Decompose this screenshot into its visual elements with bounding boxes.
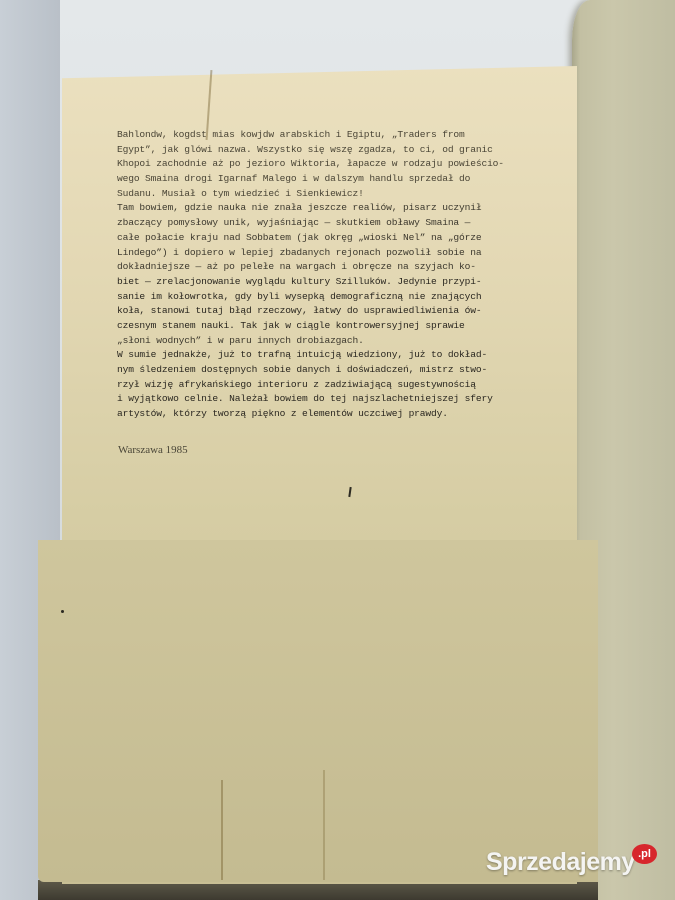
text-line: „słoni wodnych” i w paru innych drobiazg… (117, 334, 559, 349)
place-date-signature: Warszawa 1985 (118, 444, 188, 456)
text-line: artystów, którzy tworzą piękno z element… (117, 407, 559, 422)
text-line: koła, stanowi tutaj błąd rzeczowy, łatwy… (117, 304, 559, 319)
text-line: biet — zrelacjonowanie wyglądu kultury S… (117, 275, 559, 290)
page-body-text: Bahlondw, kogdst mias kowjdw arabskich i… (117, 128, 559, 422)
text-line: W sumie jednakże, już to trafną intuicją… (117, 348, 559, 363)
text-line: rzył wizję afrykańskiego interioru z zad… (117, 378, 559, 393)
text-line: Khopoi zachodnie aż po jezioro Wiktoria,… (117, 157, 559, 172)
text-line: zbaczący pomysłowy unik, wyjaśniając — s… (117, 216, 559, 231)
ink-speck (61, 610, 64, 613)
text-line: Sudanu. Musiał o tym wiedzieć i Sienkiew… (117, 187, 559, 202)
text-line: nym śledzeniem dostępnych sobie danych i… (117, 363, 559, 378)
text-line: sanie im kołowrotka, gdy byli wysepką de… (117, 290, 559, 305)
text-line: Tam bowiem, gdzie nauka nie znała jeszcz… (117, 201, 559, 216)
text-line: i wyjątkowo celnie. Należał bowiem do te… (117, 392, 559, 407)
text-line: Bahlondw, kogdst mias kowjdw arabskich i… (117, 128, 559, 143)
watermark-badge: .pl (632, 844, 657, 864)
text-line: dokładniejsze — aż po pelełe na wargach … (117, 260, 559, 275)
watermark-logo: Sprzedajemy (486, 848, 635, 877)
book-page-lower-area (38, 540, 598, 882)
text-line: Lindego”) i dopiero w lepiej zbadanych r… (117, 246, 559, 261)
text-line: całe połacie kraju nad Sobbatem (jak okr… (117, 231, 559, 246)
text-line: wego Smaina drogi Igarnaf Malego i w dal… (117, 172, 559, 187)
text-line: Egypt”, jak glówi nazwa. Wszystko się ws… (117, 143, 559, 158)
page-crease-bottom-right (323, 770, 325, 880)
text-line: czesnym stanem nauki. Tak jak w ciągle k… (117, 319, 559, 334)
page-crease-bottom-left (221, 780, 223, 880)
